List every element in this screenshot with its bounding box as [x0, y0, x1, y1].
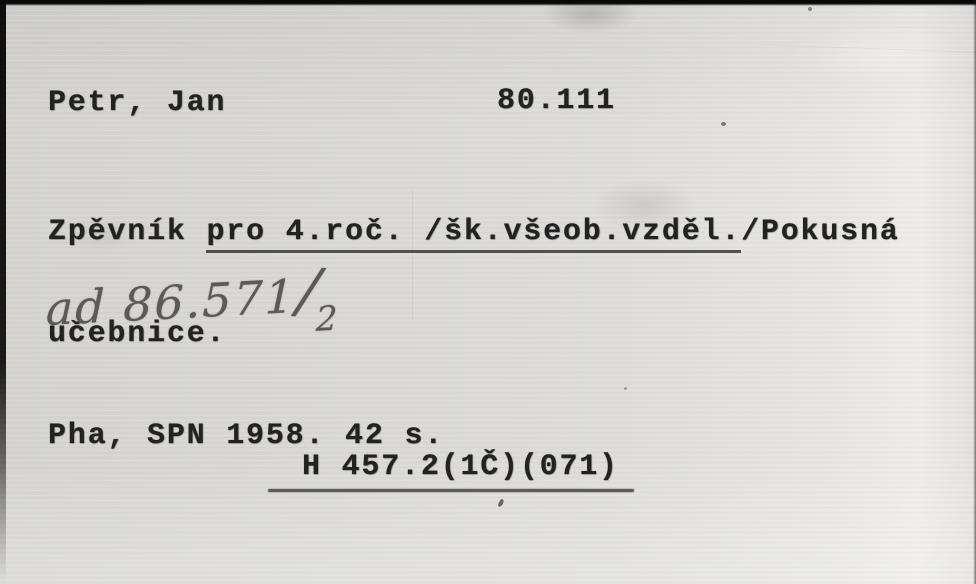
call-number-underline — [268, 489, 634, 492]
title-underlined-segment: pro 4.roč. /šk.všeob.vzděl. — [206, 215, 741, 253]
title-suffix: /Pokusná — [741, 215, 899, 249]
imprint-line: Pha, SPN 1958. 42 s. — [48, 419, 900, 453]
title-line: Zpěvník pro 4.roč. /šk.všeob.vzděl./Poku… — [48, 215, 900, 249]
paper-speck — [808, 7, 812, 11]
call-number: H 457.2(1Č)(071) — [302, 450, 619, 484]
classification-number: 80.111 — [497, 84, 616, 118]
handwritten-shelfmark: ad 86.571 — [45, 269, 296, 336]
paper-crease — [760, 44, 976, 53]
scan-left-edge — [0, 0, 6, 584]
handwritten-fraction-denominator: 2 — [315, 299, 339, 340]
paper-speck — [624, 387, 627, 390]
scan-top-edge — [0, 0, 976, 6]
library-catalog-card: Petr, Jan 80.111 Zpěvník pro 4.roč. /šk.… — [0, 0, 976, 584]
paper-speck — [721, 122, 726, 126]
title-prefix: Zpěvník — [48, 215, 206, 249]
paper-crease — [412, 190, 413, 320]
author-heading: Petr, Jan — [48, 86, 226, 120]
